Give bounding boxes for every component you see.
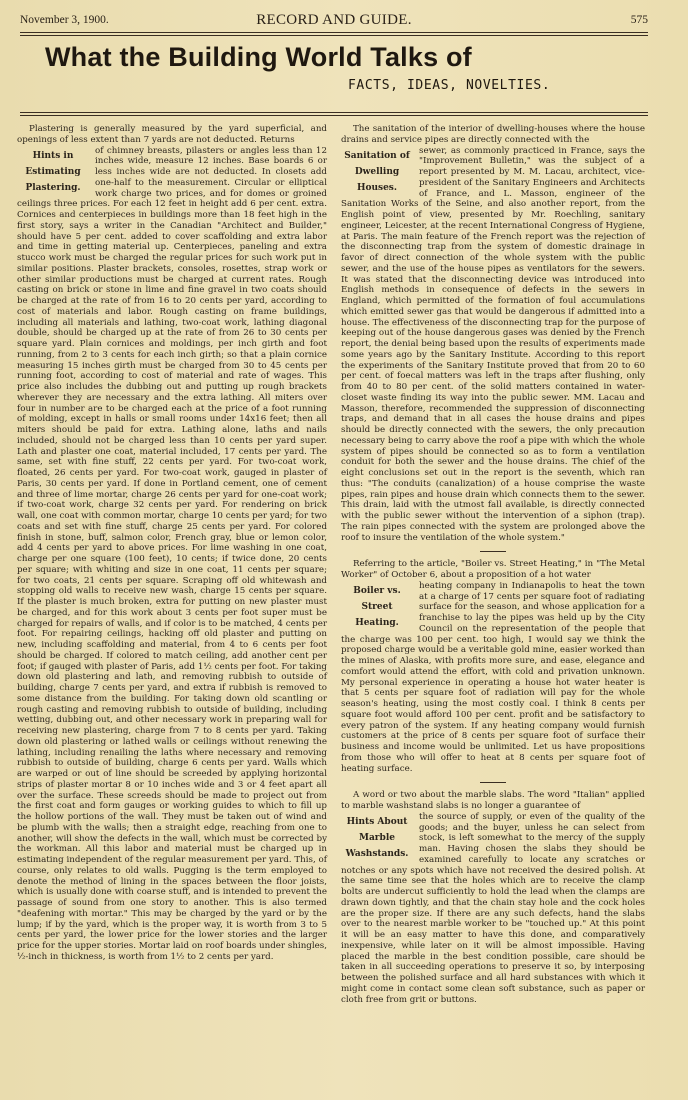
sidehead-line: Estimating: [17, 164, 89, 180]
page-number: 575: [631, 14, 648, 26]
article-sidehead: Boiler vs. Street Heating.: [341, 581, 413, 631]
article-lead: Plastering is generally measured by the …: [17, 124, 327, 146]
header-rule: [20, 32, 648, 36]
article-body: of chimney breasts, pilasters or angles …: [17, 146, 327, 963]
section-subtitle: FACTS, IDEAS, NOVELTIES.: [348, 78, 550, 93]
section-rule: [20, 112, 648, 116]
article-sidehead: Sanitation of Dwelling Houses.: [341, 146, 413, 196]
sidehead-line: Boiler vs.: [341, 583, 413, 599]
sidehead-line: Heating.: [341, 615, 413, 631]
article-lead: The sanitation of the interior of dwelli…: [341, 124, 645, 146]
article-sidehead: Hints About Marble Washstands.: [341, 812, 413, 862]
running-header: November 3, 1900. RECORD AND GUIDE. 575: [20, 12, 648, 30]
article-body: sewer, as commonly practiced in France, …: [341, 146, 645, 544]
sidehead-line: Washstands.: [341, 846, 413, 862]
article-separator: [480, 551, 506, 552]
right-column: The sanitation of the interior of dwelli…: [341, 124, 645, 1005]
sidehead-line: Plastering.: [17, 180, 89, 196]
article-boiler-heating: Referring to the article, "Boiler vs. St…: [341, 559, 645, 774]
article-lead: A word or two about the marble slabs. Th…: [341, 790, 645, 812]
publication-name: RECORD AND GUIDE.: [20, 12, 648, 29]
article-lead: Referring to the article, "Boiler vs. St…: [341, 559, 645, 581]
sidehead-line: Hints About: [341, 814, 413, 830]
sidehead-line: Hints in: [17, 148, 89, 164]
sidehead-line: Dwelling: [341, 164, 413, 180]
article-plastering: Plastering is generally measured by the …: [17, 124, 327, 963]
article-marble-washstands: A word or two about the marble slabs. Th…: [341, 790, 645, 1005]
sidehead-line: Houses.: [341, 180, 413, 196]
left-column: Plastering is generally measured by the …: [17, 124, 327, 963]
article-sidehead: Hints in Estimating Plastering.: [17, 146, 89, 196]
article-separator: [480, 782, 506, 783]
sidehead-line: Sanitation of: [341, 148, 413, 164]
section-title: What the Building World Talks of: [45, 42, 472, 73]
newspaper-page: November 3, 1900. RECORD AND GUIDE. 575 …: [0, 0, 688, 1100]
sidehead-line: Marble: [341, 830, 413, 846]
article-sanitation: The sanitation of the interior of dwelli…: [341, 124, 645, 543]
sidehead-line: Street: [341, 599, 413, 615]
